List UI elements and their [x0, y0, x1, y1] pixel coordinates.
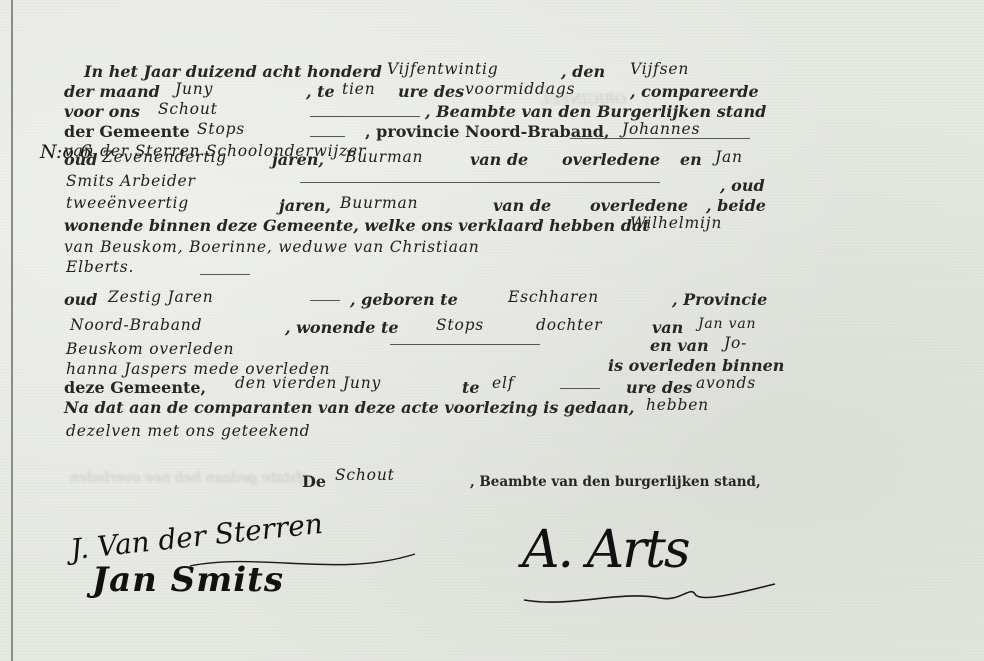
margin-rule — [11, 0, 13, 661]
fill-line — [310, 136, 345, 137]
printed-text: deze Gemeente, — [64, 378, 206, 397]
handwritten-witness2-name: Smits Arbeider — [66, 172, 196, 190]
printed-text: , Beambte van den burgerlijken stand, — [470, 474, 761, 490]
bleed-through-text: afstate gedaan heb nee overleden — [70, 470, 311, 486]
printed-text: is overleden binnen — [608, 356, 784, 375]
printed-text: , Provincie — [672, 290, 767, 309]
handwritten-text: hebben — [646, 396, 709, 414]
printed-text: ure des — [398, 82, 464, 101]
handwritten-province: Noord-Braband — [70, 316, 202, 334]
handwritten-text: dezelven met ons geteekend — [66, 422, 310, 440]
handwritten-daughter: dochter — [536, 316, 602, 334]
printed-text: te — [462, 378, 480, 397]
printed-text: In het Jaar duizend acht honderd — [84, 62, 382, 81]
printed-text: , den — [561, 62, 605, 81]
handwritten-official-title: Schout — [335, 466, 395, 484]
printed-text: van de — [493, 196, 551, 215]
handwritten-mother-name-start: Jo- — [724, 334, 747, 352]
printed-text: jaren, — [272, 150, 324, 169]
handwritten-relation: Buurman — [345, 148, 423, 166]
handwritten-spouse-surname: Elberts. — [66, 258, 134, 276]
signature-official: A. Arts — [522, 520, 689, 580]
handwritten-time-of-day: voormiddags — [465, 80, 575, 98]
handwritten-day: Vijfsen — [630, 60, 689, 78]
printed-text: wonende binnen deze Gemeente, welke ons … — [64, 216, 650, 235]
handwritten-father-surname: Beuskom overleden — [66, 340, 234, 358]
handwritten-official-title: Schout — [158, 100, 218, 118]
handwritten-month: Juny — [175, 80, 213, 98]
fill-line — [310, 116, 420, 117]
handwritten-witness2-firstname: Jan — [715, 148, 743, 166]
handwritten-death-hour: elf — [492, 374, 514, 392]
printed-text: ure des — [626, 378, 692, 397]
handwritten-deceased-age: Zestig Jaren — [108, 288, 214, 306]
handwritten-father-name: Jan van — [698, 316, 756, 332]
printed-text: overledene — [562, 150, 660, 169]
handwritten-residence: Stops — [436, 316, 484, 334]
printed-text: De — [302, 472, 326, 491]
handwritten-birthplace: Eschharen — [508, 288, 599, 306]
printed-text: der maand — [64, 82, 160, 101]
fill-line — [300, 182, 660, 183]
printed-text: , oud — [720, 176, 765, 195]
handwritten-municipality: Stops — [197, 120, 245, 138]
printed-text: van — [652, 318, 683, 337]
signature-flourish-icon — [520, 580, 780, 610]
printed-text: jaren, — [279, 196, 331, 215]
printed-text: , wonende te — [285, 318, 399, 337]
fill-line — [570, 138, 750, 139]
handwritten-deceased-details: van Beuskom, Boerinne, weduwe van Christ… — [64, 238, 480, 256]
printed-text: oud — [64, 290, 98, 309]
printed-text: en — [680, 150, 702, 169]
printed-text: en van — [650, 336, 709, 355]
handwritten-age: Zevenendertig — [102, 148, 227, 166]
printed-text: der Gemeente — [64, 122, 190, 141]
printed-text: , Beambte van den Burgerlijken stand — [425, 102, 766, 121]
printed-text: voor ons — [64, 102, 140, 121]
handwritten-death-date: den vierden Juny — [235, 374, 381, 392]
handwritten-deceased-firstname: Wilhelmijn — [630, 214, 722, 232]
printed-text: , geboren te — [350, 290, 458, 309]
handwritten-witness1-firstname: Johannes — [622, 120, 700, 138]
printed-text: oud — [64, 150, 98, 169]
fill-line — [310, 300, 340, 301]
fill-line — [200, 274, 250, 275]
signature-flourish-icon — [180, 548, 420, 578]
printed-text: , beide — [706, 196, 766, 215]
printed-text: , te — [306, 82, 335, 101]
handwritten-time-of-day: avonds — [696, 374, 756, 392]
fill-line — [560, 388, 600, 389]
handwritten-relation: Buurman — [340, 194, 418, 212]
death-record-page: ORIGINEEL afstate gedaan heb nee overled… — [0, 0, 984, 661]
printed-text: , compareerde — [630, 82, 759, 101]
fill-line — [390, 344, 540, 345]
handwritten-age: tweeënveertig — [66, 194, 189, 212]
printed-text: Na dat aan de comparanten van deze acte … — [64, 398, 634, 417]
printed-text: overledene — [590, 196, 688, 215]
handwritten-year: Vijfentwintig — [387, 60, 499, 78]
printed-text: van de — [470, 150, 528, 169]
handwritten-hour: tien — [342, 80, 376, 98]
